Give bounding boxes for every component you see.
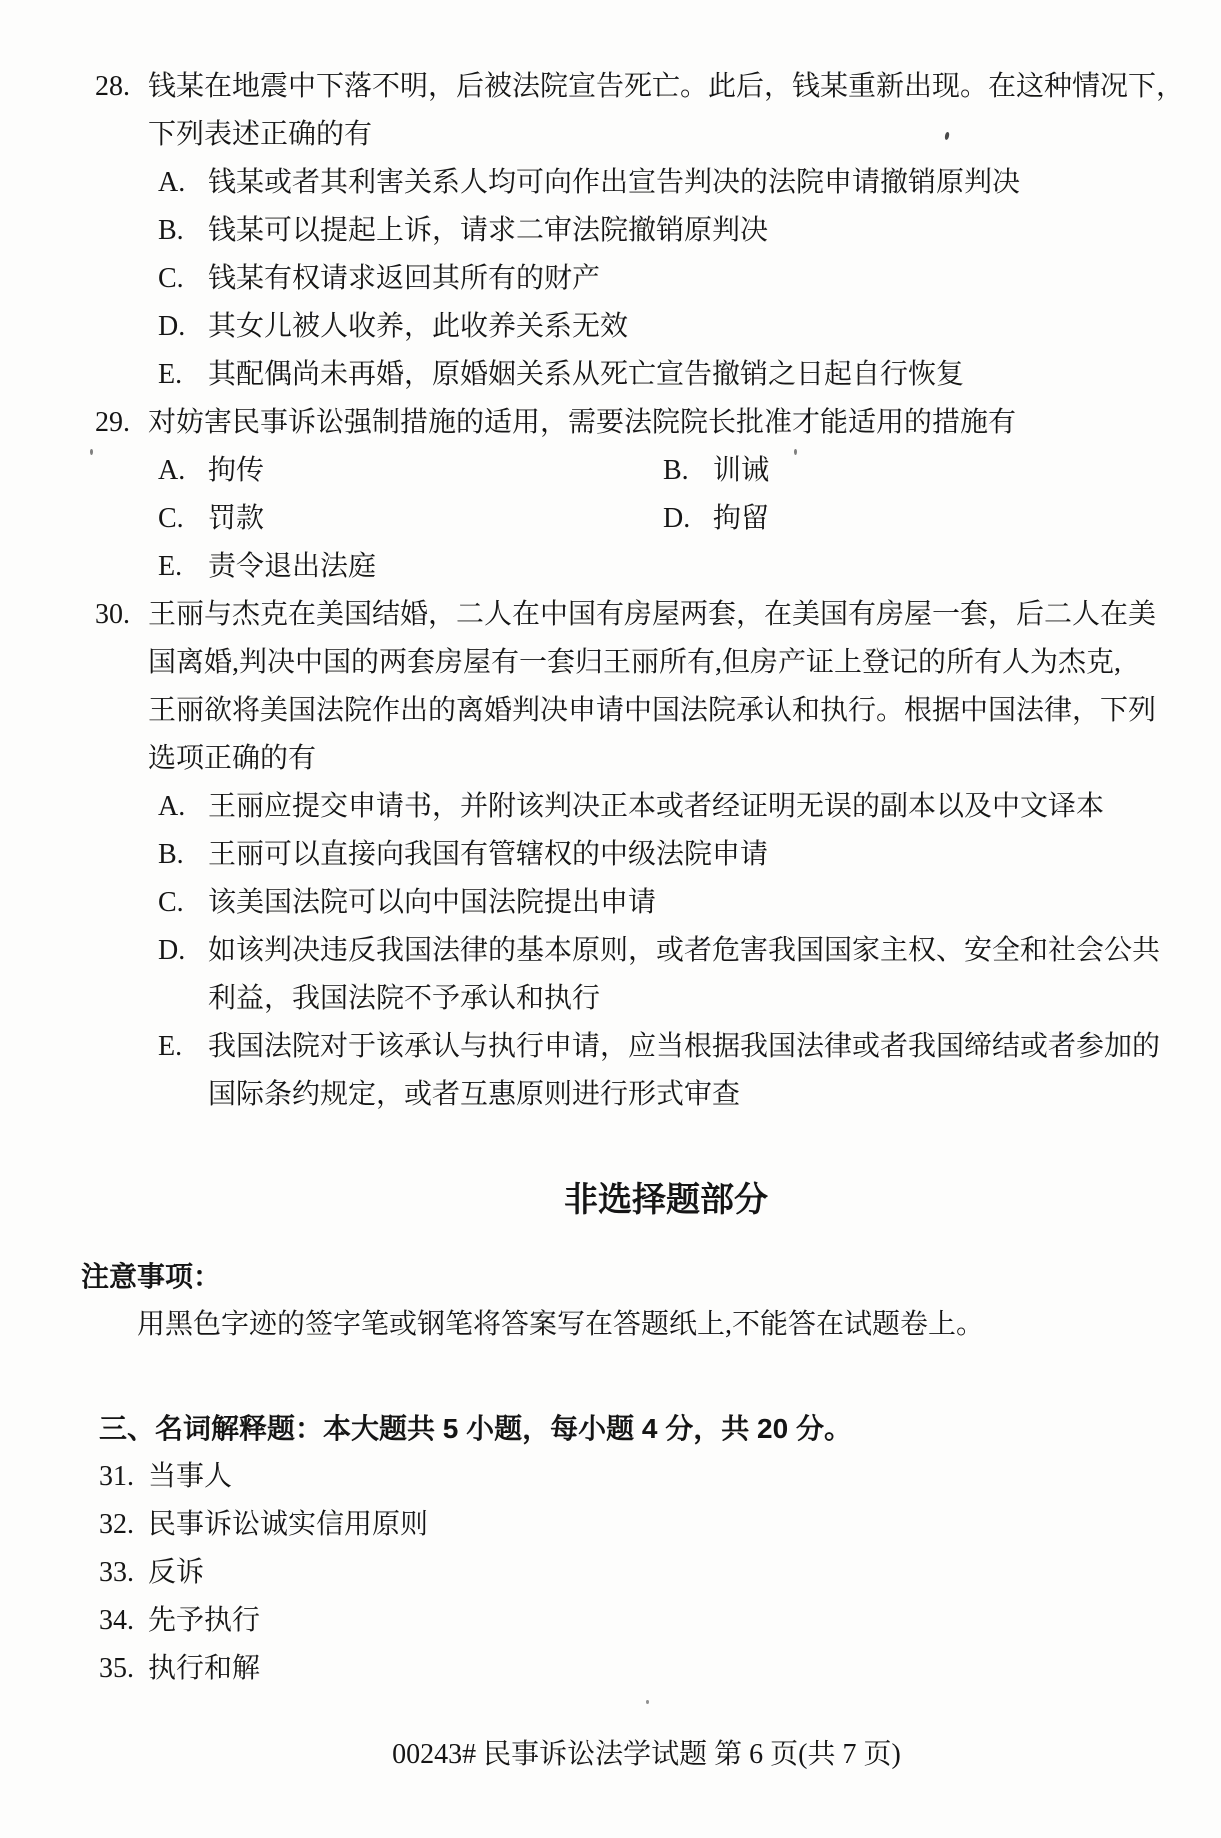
option-text: 钱某可以提起上诉，请求二审法院撤销原判决 [208, 207, 768, 255]
question-28-head: 28. 钱某在地震中下落不明，后被法院宣告死亡。此后，钱某重新出现。在这种情况下… [95, 63, 1181, 159]
question-30-option-b: B. 王丽可以直接向我国有管辖权的中级法院申请 [158, 831, 1181, 879]
page-footer: 00243# 民事诉讼法学试题 第 6 页(共 7 页) [0, 1731, 1221, 1779]
option-text: 罚款 [208, 495, 264, 543]
scan-speck [90, 449, 93, 455]
question-29-option-c: C. 罚款 [158, 495, 663, 543]
option-label: B. [158, 207, 208, 255]
definition-list: 31. 当事人 32. 民事诉讼诚实信用原则 33. 反诉 34. 先予执行 3… [99, 1453, 1181, 1693]
question-29-option-e: E. 责令退出法庭 [158, 543, 376, 591]
option-label: D. [158, 303, 208, 351]
option-label: C. [158, 879, 208, 927]
option-text: 我国法院对于该承认与执行申请，应当根据我国法律或者我国缔结或者参加的 国际条约规… [208, 1023, 1160, 1119]
option-label: A. [158, 159, 208, 207]
option-label: A. [158, 447, 208, 495]
question-29-option-row-3: E. 责令退出法庭 [158, 543, 1181, 591]
option-text: 王丽可以直接向我国有管辖权的中级法院申请 [208, 831, 768, 879]
definition-text: 民事诉讼诚实信用原则 [148, 1501, 428, 1549]
question-30: 30. 王丽与杰克在美国结婚，二人在中国有房屋两套，在美国有房屋一套，后二人在美… [95, 591, 1181, 1119]
question-30-option-e: E. 我国法院对于该承认与执行申请，应当根据我国法律或者我国缔结或者参加的 国际… [158, 1023, 1181, 1119]
option-label: B. [158, 831, 208, 879]
notice-heading: 注意事项： [81, 1253, 1181, 1301]
notice-text: 用黑色字迹的签字笔或钢笔将答案写在答题纸上,不能答在试题卷上。 [137, 1301, 1181, 1349]
option-text: 拘留 [713, 495, 769, 543]
question-30-options: A. 王丽应提交申请书，并附该判决正本或者经证明无误的副本以及中文译本 B. 王… [158, 783, 1181, 1119]
question-29-text: 对妨害民事诉讼强制措施的适用，需要法院院长批准才能适用的措施有 [148, 399, 1016, 447]
question-28-option-b: B. 钱某可以提起上诉，请求二审法院撤销原判决 [158, 207, 1181, 255]
option-text: 钱某或者其利害关系人均可向作出宣告判决的法院申请撤销原判决 [208, 159, 1020, 207]
question-29: 29. 对妨害民事诉讼强制措施的适用，需要法院院长批准才能适用的措施有 A. 拘… [95, 399, 1181, 591]
question-28-option-a: A. 钱某或者其利害关系人均可向作出宣告判决的法院申请撤销原判决 [158, 159, 1181, 207]
question-28-option-e: E. 其配偶尚未再婚，原婚姻关系从死亡宣告撤销之日起自行恢复 [158, 351, 1181, 399]
option-label: B. [663, 447, 713, 495]
question-29-option-row-2: C. 罚款 D. 拘留 [158, 495, 1181, 543]
part3-heading: 三、名词解释题：本大题共 5 小题，每小题 4 分，共 20 分。 [99, 1405, 1181, 1453]
definition-number: 33. [99, 1549, 148, 1597]
question-29-option-d: D. 拘留 [663, 495, 769, 543]
scan-speck [646, 1700, 649, 1704]
question-28-text: 钱某在地震中下落不明，后被法院宣告死亡。此后，钱某重新出现。在这种情况下， 下列… [148, 63, 1184, 159]
question-29-options: A. 拘传 B. 训诫 C. 罚款 D. 拘留 [158, 447, 1181, 591]
option-label: E. [158, 351, 208, 399]
option-text: 训诫 [713, 447, 769, 495]
option-text: 拘传 [208, 447, 264, 495]
option-label: C. [158, 495, 208, 543]
question-30-option-d: D. 如该判决违反我国法律的基本原则，或者危害我国国家主权、安全和社会公共 利益… [158, 927, 1181, 1023]
option-text: 如该判决违反我国法律的基本原则，或者危害我国国家主权、安全和社会公共 利益，我国… [208, 927, 1160, 1023]
question-28-option-d: D. 其女儿被人收养，此收养关系无效 [158, 303, 1181, 351]
question-29-head: 29. 对妨害民事诉讼强制措施的适用，需要法院院长批准才能适用的措施有 [95, 399, 1181, 447]
section-title: 非选择题部分 [95, 1170, 1181, 1230]
option-label: E. [158, 543, 208, 591]
definition-number: 31. [99, 1453, 148, 1501]
question-28: 28. 钱某在地震中下落不明，后被法院宣告死亡。此后，钱某重新出现。在这种情况下… [95, 63, 1181, 399]
question-28-options: A. 钱某或者其利害关系人均可向作出宣告判决的法院申请撤销原判决 B. 钱某可以… [158, 159, 1181, 399]
scan-speck [794, 449, 797, 455]
definition-item-35: 35. 执行和解 [99, 1645, 1181, 1693]
question-29-option-b: B. 训诫 [663, 447, 769, 495]
option-label: A. [158, 783, 208, 831]
definition-text: 当事人 [148, 1453, 232, 1501]
question-28-option-c: C. 钱某有权请求返回其所有的财产 [158, 255, 1181, 303]
option-text: 其女儿被人收养，此收养关系无效 [208, 303, 628, 351]
option-text: 该美国法院可以向中国法院提出申请 [208, 879, 656, 927]
option-text: 责令退出法庭 [208, 543, 376, 591]
definition-item-34: 34. 先予执行 [99, 1597, 1181, 1645]
option-label: D. [663, 495, 713, 543]
question-30-option-a: A. 王丽应提交申请书，并附该判决正本或者经证明无误的副本以及中文译本 [158, 783, 1181, 831]
option-label: D. [158, 927, 208, 1023]
option-label: E. [158, 1023, 208, 1119]
question-29-option-a: A. 拘传 [158, 447, 663, 495]
question-30-number: 30. [95, 591, 148, 783]
definition-item-33: 33. 反诉 [99, 1549, 1181, 1597]
question-29-number: 29. [95, 399, 148, 447]
option-label: C. [158, 255, 208, 303]
definition-number: 34. [99, 1597, 148, 1645]
definition-text: 执行和解 [148, 1645, 260, 1693]
definition-number: 32. [99, 1501, 148, 1549]
option-text: 钱某有权请求返回其所有的财产 [208, 255, 600, 303]
question-29-option-row-1: A. 拘传 B. 训诫 [158, 447, 1181, 495]
definition-item-31: 31. 当事人 [99, 1453, 1181, 1501]
option-text: 其配偶尚未再婚，原婚姻关系从死亡宣告撤销之日起自行恢复 [208, 351, 964, 399]
page-content: 28. 钱某在地震中下落不明，后被法院宣告死亡。此后，钱某重新出现。在这种情况下… [0, 0, 1221, 1693]
exam-paper-page: 28. 钱某在地震中下落不明，后被法院宣告死亡。此后，钱某重新出现。在这种情况下… [0, 0, 1221, 1838]
question-30-option-c: C. 该美国法院可以向中国法院提出申请 [158, 879, 1181, 927]
definition-text: 反诉 [148, 1549, 204, 1597]
question-30-text: 王丽与杰克在美国结婚，二人在中国有房屋两套，在美国有房屋一套，后二人在美 国离婚… [148, 591, 1156, 783]
option-text: 王丽应提交申请书，并附该判决正本或者经证明无误的副本以及中文译本 [208, 783, 1104, 831]
question-30-head: 30. 王丽与杰克在美国结婚，二人在中国有房屋两套，在美国有房屋一套，后二人在美… [95, 591, 1181, 783]
question-28-number: 28. [95, 63, 148, 159]
definition-number: 35. [99, 1645, 148, 1693]
definition-item-32: 32. 民事诉讼诚实信用原则 [99, 1501, 1181, 1549]
definition-text: 先予执行 [148, 1597, 260, 1645]
